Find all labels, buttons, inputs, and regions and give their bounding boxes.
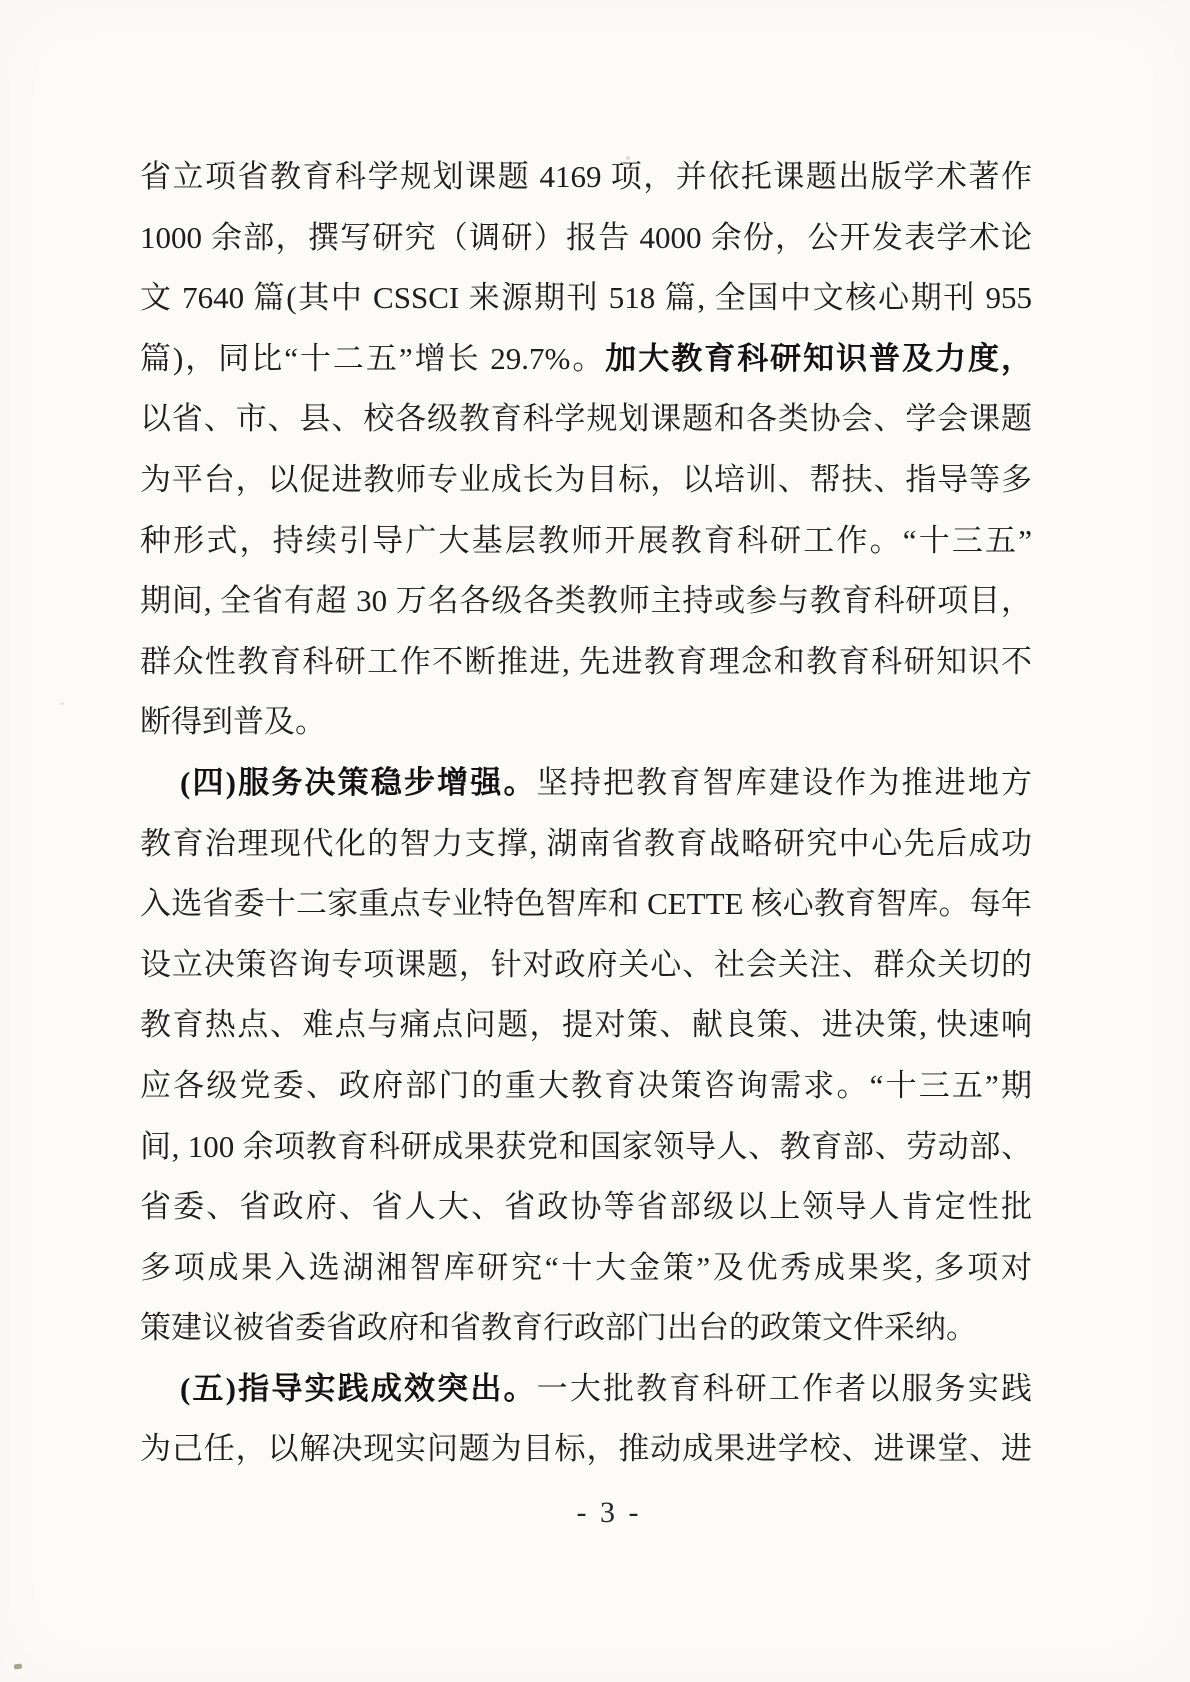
text-line: 以省、市、县、校各级教育科学规划课题和各类协会、学会课题 — [140, 389, 1032, 450]
text-segment: 省立项省教育科学规划课题 4169 项，并依托课题出版学术著作 — [140, 159, 1032, 194]
text-line: 间, 100 余项教育科研成果获党和国家领导人、教育部、劳动部、 — [140, 1117, 1032, 1178]
text-segment: 间, 100 余项教育科研成果获党和国家领导人、教育部、劳动部、 — [140, 1129, 1032, 1164]
text-segment: 期间, 全省有超 30 万名各级各类教师主持或参与教育科研项目， — [140, 583, 1032, 618]
bold-text-segment: (四)服务决策稳步增强。 — [180, 765, 537, 800]
text-line: 教育热点、难点与痛点问题，提对策、献良策、进决策, 快速响 — [140, 995, 1032, 1056]
text-segment: 群众性教育科研工作不断推进, 先进教育理念和教育科研知识不 — [140, 644, 1032, 679]
text-line: (五)指导实践成效突出。一大批教育科研工作者以服务实践 — [140, 1359, 1032, 1420]
document-page: 省立项省教育科学规划课题 4169 项，并依托课题出版学术著作1000 余部，撰… — [0, 0, 1190, 1682]
text-segment: 为己任，以解决现实问题为目标，推动成果进学校、进课堂、进 — [140, 1431, 1032, 1466]
text-segment: 1000 余部，撰写研究（调研）报告 4000 余份，公开发表学术论 — [140, 220, 1032, 255]
text-line: 为平台，以促进教师专业成长为目标，以培训、帮扶、指导等多 — [140, 450, 1032, 511]
text-segment: 一大批教育科研工作者以服务实践 — [537, 1371, 1032, 1406]
scan-speck — [60, 702, 64, 705]
text-line: 应各级党委、政府部门的重大教育决策咨询需求。“十三五”期 — [140, 1056, 1032, 1117]
text-line: 策建议被省委省政府和省教育行政部门出台的政策文件采纳。 — [140, 1298, 1032, 1359]
text-segment: 教育治理现代化的智力支撑, 湖南省教育战略研究中心先后成功 — [140, 826, 1032, 861]
text-line: 1000 余部，撰写研究（调研）报告 4000 余份，公开发表学术论 — [140, 208, 1032, 269]
text-segment: 断得到普及。 — [140, 704, 326, 739]
text-line: 多项成果入选湖湘智库研究“十大金策”及优秀成果奖, 多项对 — [140, 1238, 1032, 1299]
text-segment: 省委、省政府、省人大、省政协等省部级以上领导人肯定性批示， — [140, 1189, 1032, 1238]
text-segment: 以省、市、县、校各级教育科学规划课题和各类协会、学会课题 — [140, 401, 1032, 436]
text-segment: 设立决策咨询专项课题，针对政府关心、社会关注、群众关切的 — [140, 947, 1032, 982]
text-segment: 坚持把教育智库建设作为推进地方 — [537, 765, 1032, 800]
text-line: 篇)，同比“十二五”增长 29.7%。加大教育科研知识普及力度， — [140, 329, 1032, 390]
text-segment: 教育热点、难点与痛点问题，提对策、献良策、进决策, 快速响 — [140, 1007, 1032, 1042]
text-segment: 文 7640 篇(其中 CSSCI 来源期刊 518 篇, 全国中文核心期刊 9… — [140, 280, 1032, 315]
text-line: 省立项省教育科学规划课题 4169 项，并依托课题出版学术著作 — [140, 147, 1032, 208]
document-body: 省立项省教育科学规划课题 4169 项，并依托课题出版学术著作1000 余部，撰… — [140, 147, 1032, 1480]
scan-speck — [986, 246, 989, 249]
text-line: 教育治理现代化的智力支撑, 湖南省教育战略研究中心先后成功 — [140, 814, 1032, 875]
text-line: 期间, 全省有超 30 万名各级各类教师主持或参与教育科研项目， — [140, 571, 1032, 632]
text-segment: 策建议被省委省政府和省教育行政部门出台的政策文件采纳。 — [140, 1310, 977, 1345]
text-segment: 应各级党委、政府部门的重大教育决策咨询需求。“十三五”期 — [140, 1068, 1032, 1103]
scan-speck — [626, 156, 630, 160]
text-line: 群众性教育科研工作不断推进, 先进教育理念和教育科研知识不 — [140, 632, 1032, 693]
text-line: 入选省委十二家重点专业特色智库和 CETTE 核心教育智库。每年 — [140, 874, 1032, 935]
bold-text-segment: 加大教育科研知识普及力度， — [605, 341, 1032, 376]
text-line: (四)服务决策稳步增强。坚持把教育智库建设作为推进地方 — [140, 753, 1032, 814]
text-line: 为己任，以解决现实问题为目标，推动成果进学校、进课堂、进 — [140, 1419, 1032, 1480]
text-line: 省委、省政府、省人大、省政协等省部级以上领导人肯定性批示， — [140, 1177, 1032, 1238]
text-segment: 篇)，同比“十二五”增长 29.7%。 — [140, 341, 605, 376]
scan-speck — [14, 1663, 23, 1669]
text-line: 设立决策咨询专项课题，针对政府关心、社会关注、群众关切的 — [140, 935, 1032, 996]
text-segment: 入选省委十二家重点专业特色智库和 CETTE 核心教育智库。每年 — [140, 886, 1032, 921]
text-segment: 多项成果入选湖湘智库研究“十大金策”及优秀成果奖, 多项对 — [140, 1250, 1032, 1285]
text-line: 文 7640 篇(其中 CSSCI 来源期刊 518 篇, 全国中文核心期刊 9… — [140, 268, 1032, 329]
page-number: - 3 - — [14, 1492, 1190, 1534]
text-segment: 种形式，持续引导广大基层教师开展教育科研工作。“十三五” — [140, 523, 1032, 558]
bold-text-segment: (五)指导实践成效突出。 — [180, 1371, 537, 1406]
text-line: 断得到普及。 — [140, 692, 1032, 753]
text-segment: 为平台，以促进教师专业成长为目标，以培训、帮扶、指导等多 — [140, 462, 1032, 497]
text-line: 种形式，持续引导广大基层教师开展教育科研工作。“十三五” — [140, 511, 1032, 572]
